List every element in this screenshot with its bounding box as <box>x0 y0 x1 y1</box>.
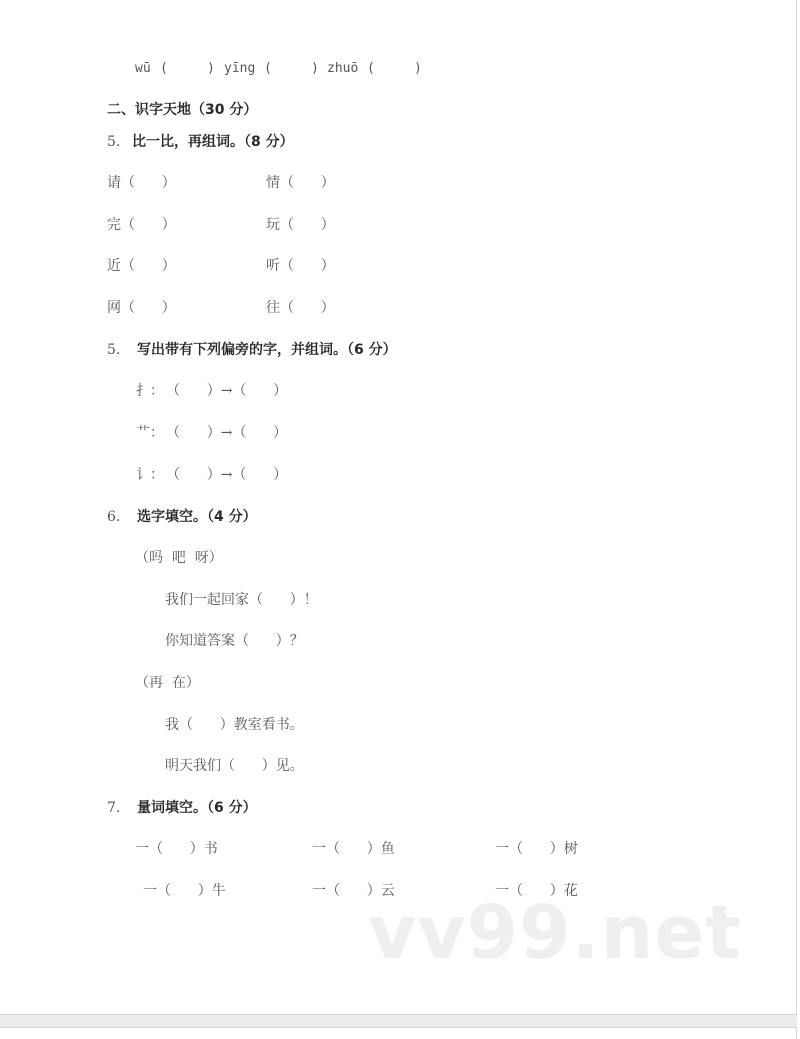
page-separator <box>0 1014 797 1028</box>
radical-blanks[interactable]: （ ）→（ ） <box>166 424 287 442</box>
word-item[interactable]: 网（ ） <box>107 299 176 317</box>
pinyin-blank-wu[interactable]: ( ) <box>160 60 215 78</box>
pinyin-blank-ying[interactable]: ( ) <box>264 60 319 78</box>
word-item[interactable]: 请（ ） <box>107 174 176 192</box>
word-item[interactable]: 完（ ） <box>107 216 176 234</box>
radical-blanks[interactable]: （ ）→（ ） <box>166 466 287 484</box>
question-title: 比一比，再组词。（8 分） <box>132 133 294 151</box>
options-group-1: （吗 吧 呀） <box>135 549 223 567</box>
word-item[interactable]: 情（ ） <box>266 174 335 192</box>
document-page: wū ( ) yīng ( ) zhuō ( ) 二、识字天地（30 分） 5.… <box>0 0 796 1014</box>
radical-blanks[interactable]: （ ）→（ ） <box>166 382 287 400</box>
page-edge <box>796 0 797 1039</box>
measure-word-item[interactable]: 一（ ）书 <box>135 840 218 858</box>
pinyin-blank-zhuo[interactable]: ( ) <box>367 60 422 78</box>
word-item[interactable]: 听（ ） <box>266 257 335 275</box>
question-number: 5. <box>107 341 120 359</box>
sentence-blank[interactable]: 我们一起回家（ ）！ <box>165 591 318 609</box>
pinyin-zhuo: zhuō <box>327 60 358 78</box>
question-number: 5. <box>107 133 120 151</box>
sentence-blank[interactable]: 你知道答案（ ）？ <box>165 632 304 650</box>
measure-word-item[interactable]: 一（ ）牛 <box>143 882 226 900</box>
word-item[interactable]: 往（ ） <box>266 299 335 317</box>
question-title: 写出带有下列偏旁的字，并组词。（6 分） <box>137 341 397 359</box>
pinyin-ying: yīng <box>224 60 255 78</box>
sentence-blank[interactable]: 我（ ）教室看书。 <box>165 716 304 734</box>
sentence-blank[interactable]: 明天我们（ ）见。 <box>165 757 304 775</box>
section-title: 二、识字天地（30 分） <box>107 101 257 119</box>
measure-word-item[interactable]: 一（ ）树 <box>495 840 578 858</box>
options-group-2: （再 在） <box>135 674 200 692</box>
radical-label: 讠： <box>136 466 164 484</box>
question-number: 6. <box>107 508 120 526</box>
word-item[interactable]: 玩（ ） <box>266 216 335 234</box>
pinyin-wu: wū <box>135 60 151 78</box>
question-title: 选字填空。（4 分） <box>137 508 257 526</box>
question-title: 量词填空。（6 分） <box>137 799 257 817</box>
measure-word-item[interactable]: 一（ ）鱼 <box>312 840 395 858</box>
radical-label: 艹： <box>136 424 164 442</box>
watermark: vv99.net <box>368 893 742 973</box>
question-number: 7. <box>107 799 120 817</box>
radical-label: 扌： <box>136 382 164 400</box>
word-item[interactable]: 近（ ） <box>107 257 176 275</box>
